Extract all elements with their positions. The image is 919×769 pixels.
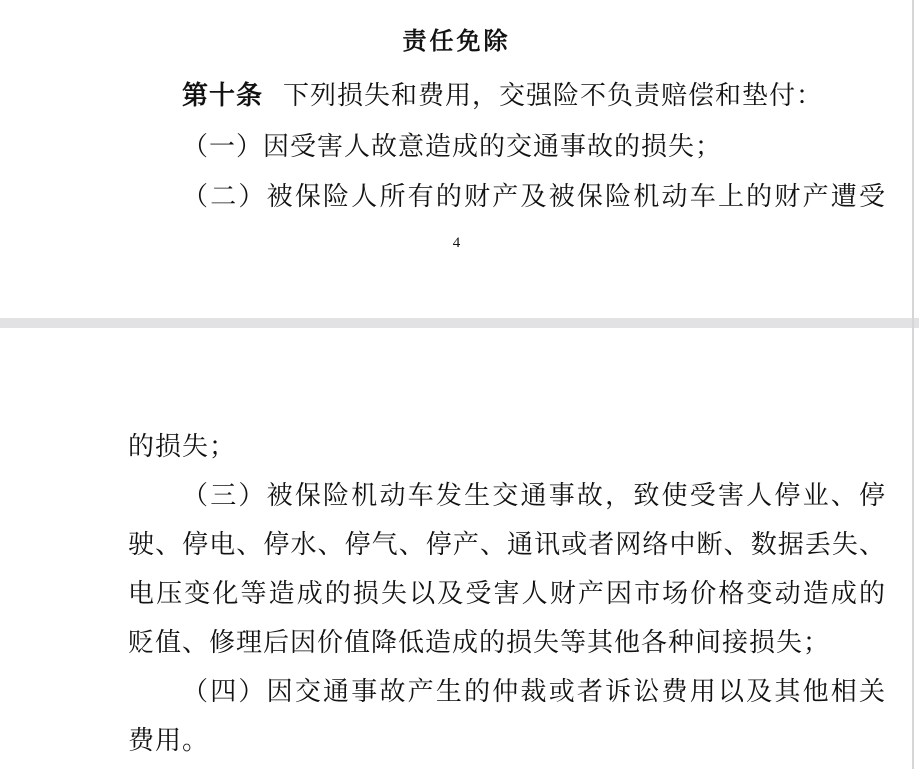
article-text: 下列损失和费用，交强险不负责赔偿和垫付： bbox=[283, 81, 823, 110]
clause-3-line-4: 贬值、修理后因价值降低造成的损失等其他各种间接损失； bbox=[128, 627, 886, 659]
article-number: 第十条 bbox=[182, 81, 263, 110]
clause-2-continuation-line: 的损失； bbox=[128, 431, 886, 463]
document-viewer: 责任免除 第十条下列损失和费用，交强险不负责赔偿和垫付： （一）因受害人故意造成… bbox=[0, 0, 919, 769]
clause-2-line: （二）被保险人所有的财产及被保险机动车上的财产遭受 bbox=[128, 181, 886, 213]
clause-3-line-2: 驶、停电、停水、停气、停产、通讯或者网络中断、数据丢失、 bbox=[128, 529, 886, 561]
section-title: 责任免除 bbox=[12, 26, 901, 58]
article-10-line: 第十条下列损失和费用，交强险不负责赔偿和垫付： bbox=[128, 80, 886, 112]
clause-1-line: （一）因受害人故意造成的交通事故的损失； bbox=[128, 131, 886, 163]
clause-4-line-2: 费用。 bbox=[128, 725, 886, 757]
clause-4-line-1: （四）因交通事故产生的仲裁或者诉讼费用以及其他相关 bbox=[128, 676, 886, 708]
page-number: 4 bbox=[0, 233, 913, 253]
page-edge-border bbox=[912, 0, 914, 769]
clause-3-line-1: （三）被保险机动车发生交通事故，致使受害人停业、停 bbox=[128, 480, 886, 512]
page-break-divider bbox=[0, 318, 919, 328]
clause-3-line-3: 电压变化等造成的损失以及受害人财产因市场价格变动造成的 bbox=[128, 578, 886, 610]
